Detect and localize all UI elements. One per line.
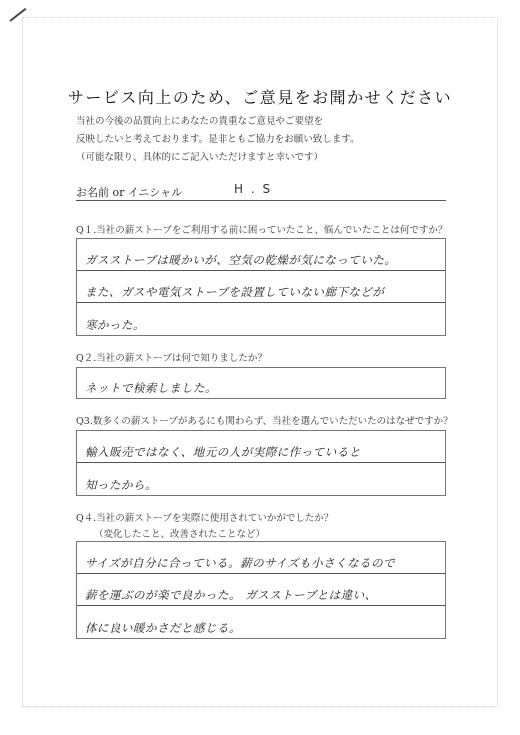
question-2-label: Q２.当社の薪ストーブは何で知りましたか？: [76, 350, 267, 364]
handwritten-text: 薪を運ぶのが楽で良かった。 ガスストーブとは違い、: [85, 587, 377, 603]
answer-line: 寒かった。: [77, 303, 445, 335]
handwritten-text: ネットで検索しました。: [85, 380, 217, 396]
answer-line: 輸入販売ではなく、地元の人が実際に作っていると: [77, 431, 445, 463]
handwritten-text: サイズが自分に合っている。薪のサイズも小さくなるので: [85, 555, 395, 571]
intro-line: 反映したいと考えております。是非ともご協力をお願い致します。: [76, 131, 359, 149]
form-title: サービス向上のため、ご意見をお聞かせください: [0, 85, 520, 108]
answer-line: 知ったから。: [77, 463, 445, 495]
name-value: H . S: [234, 182, 272, 196]
handwritten-text: 知ったから。: [85, 477, 157, 493]
question-3-label: Q3.数多くの薪ストーブがあるにも関わらず、当社を選んでいただいたのはなぜですか…: [76, 413, 453, 427]
intro-line: 当社の今後の品質向上にあなたの貴重なご意見やご要望を: [76, 113, 359, 131]
question-4-answer-box[interactable]: サイズが自分に合っている。薪のサイズも小さくなるので 薪を運ぶのが楽で良かった。…: [76, 541, 446, 639]
answer-line: ガスストーブは暖かいが、空気の乾燥が気になっていた。: [77, 239, 445, 271]
form-intro: 当社の今後の品質向上にあなたの貴重なご意見やご要望を 反映したいと考えております…: [76, 113, 359, 167]
name-label: お名前 or イニシャル: [76, 184, 182, 200]
question-4-label: Q４.当社の薪ストーブを実際に使用されていかがでしたか？: [76, 510, 333, 524]
question-3-answer-box[interactable]: 輸入販売ではなく、地元の人が実際に作っていると 知ったから。: [76, 430, 446, 496]
question-1-label: Q１.当社の薪ストーブをご利用する前に困っていたこと、悩んでいたことは何ですか？: [76, 222, 447, 236]
question-4-sublabel: （変化したこと、改善されたことなど）: [94, 526, 265, 540]
handwritten-text: 体に良い暖かさだと感じる。: [85, 620, 241, 636]
name-field[interactable]: お名前 or イニシャル H . S: [76, 184, 446, 201]
handwritten-text: 輸入販売ではなく、地元の人が実際に作っていると: [85, 444, 361, 460]
answer-line: 体に良い暖かさだと感じる。: [77, 606, 445, 638]
handwritten-text: ガスストーブは暖かいが、空気の乾燥が気になっていた。: [85, 252, 396, 268]
answer-line: また、ガスや電気ストーブを設置していない廊下などが: [77, 271, 445, 303]
intro-line: （可能な限り、具体的にご記入いただけますと幸いです）: [76, 149, 359, 167]
question-1-answer-box[interactable]: ガスストーブは暖かいが、空気の乾燥が気になっていた。 また、ガスや電気ストーブを…: [76, 238, 446, 336]
handwritten-text: また、ガスや電気ストーブを設置していない廊下などが: [85, 284, 384, 300]
answer-line: 薪を運ぶのが楽で良かった。 ガスストーブとは違い、: [77, 574, 445, 606]
handwritten-text: 寒かった。: [85, 317, 145, 333]
answer-line: サイズが自分に合っている。薪のサイズも小さくなるので: [77, 542, 445, 574]
answer-line: ネットで検索しました。: [77, 368, 445, 398]
question-2-answer-box[interactable]: ネットで検索しました。: [76, 367, 446, 399]
